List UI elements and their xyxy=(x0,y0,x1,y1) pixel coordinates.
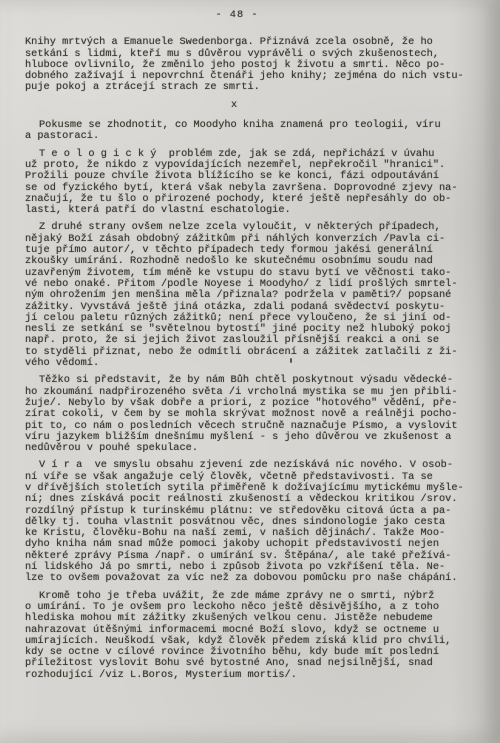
paragraph-intro: Pokusme se zhodnotit, co Moodyho kniha z… xyxy=(25,120,475,143)
paragraph-faith: V í r a ve smyslu obsahu zjevení zde nez… xyxy=(25,460,475,584)
section-divider: x xyxy=(231,100,475,111)
paragraph-other-side: Z druhé strany ovšem nelze zcela vylouči… xyxy=(25,222,475,369)
paragraph-hard-to-imagine: Těžko si představit, že by nám Bůh chtěl… xyxy=(25,375,475,454)
scan-artifact xyxy=(290,358,292,363)
page-number: - 48 - xyxy=(12,10,462,21)
paragraph-besides: Kromě toho je třeba uvážit, že zde máme … xyxy=(25,591,475,681)
paragraph-continuation: Knihy mrtvých a Emanuele Swedenborga. Př… xyxy=(25,37,475,93)
scanned-page: - 48 - Knihy mrtvých a Emanuele Swedenbo… xyxy=(0,0,500,743)
page-content: - 48 - Knihy mrtvých a Emanuele Swedenbo… xyxy=(25,10,475,681)
paragraph-theological: T e o l o g i c k ý problém zde, jak se … xyxy=(25,149,475,217)
